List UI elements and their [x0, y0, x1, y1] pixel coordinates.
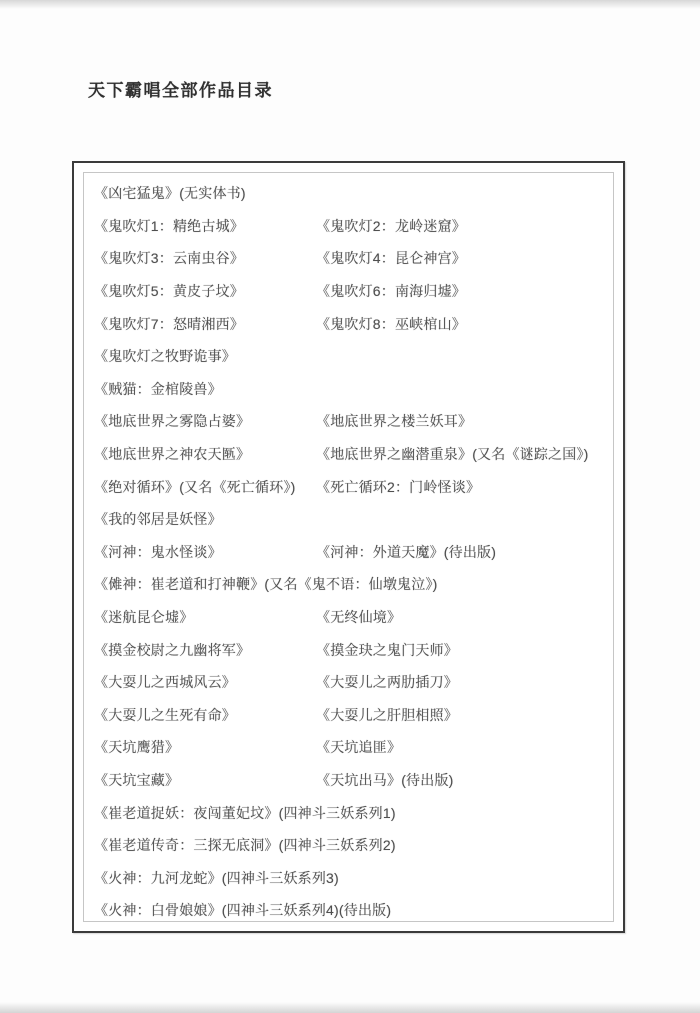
book-title-right: 《大耍儿之两肋插刀》 — [316, 672, 458, 692]
book-title-left: 《傩神：崔老道和打神鞭》(又名《鬼不语：仙墩鬼泣》) — [94, 574, 316, 594]
book-title-left: 《鬼吹灯5：黄皮子坟》 — [94, 281, 316, 301]
book-title-right: 《鬼吹灯6：南海归墟》 — [316, 281, 466, 301]
catalog-row: 《天坑宝藏》《天坑出马》(待出版) — [94, 764, 611, 797]
book-title-right: 《地底世界之楼兰妖耳》 — [316, 411, 472, 431]
catalog-row: 《地底世界之雾隐占婆》《地底世界之楼兰妖耳》 — [94, 405, 611, 438]
book-title-left: 《天坑宝藏》 — [94, 770, 316, 790]
book-title-right: 《鬼吹灯8：巫峡棺山》 — [316, 314, 466, 334]
scan-shadow-top — [0, 0, 700, 9]
book-title-left: 《凶宅猛鬼》(无实体书) — [94, 183, 316, 203]
book-title-left: 《贼猫：金棺陵兽》 — [94, 379, 316, 399]
catalog-row: 《摸金校尉之九幽将军》《摸金玦之鬼门天师》 — [94, 633, 611, 666]
book-title-right: 《无终仙境》 — [316, 607, 401, 627]
book-title-right: 《摸金玦之鬼门天师》 — [316, 640, 458, 660]
catalog-row: 《崔老道传奇：三探无底洞》(四神斗三妖系列2) — [94, 829, 611, 862]
book-title-right: 《大耍儿之肝胆相照》 — [316, 705, 458, 725]
book-title-left: 《崔老道捉妖：夜闯董妃坟》(四神斗三妖系列1) — [94, 803, 316, 823]
catalog-row: 《天坑鹰猎》《天坑追匪》 — [94, 731, 611, 764]
catalog-row: 《火神：九河龙蛇》(四神斗三妖系列3) — [94, 861, 611, 894]
catalog-row: 《鬼吹灯5：黄皮子坟》《鬼吹灯6：南海归墟》 — [94, 275, 611, 308]
catalog-row: 《傩神：崔老道和打神鞭》(又名《鬼不语：仙墩鬼泣》) — [94, 568, 611, 601]
book-title-left: 《大耍儿之西城风云》 — [94, 672, 316, 692]
catalog-row: 《绝对循环》(又名《死亡循环》)《死亡循环2：门岭怪谈》 — [94, 470, 611, 503]
book-title-left: 《鬼吹灯1：精绝古城》 — [94, 216, 316, 236]
catalog-row: 《鬼吹灯3：云南虫谷》《鬼吹灯4：昆仑神宫》 — [94, 242, 611, 275]
book-title-left: 《河神：鬼水怪谈》 — [94, 542, 316, 562]
book-title-left: 《我的邻居是妖怪》 — [94, 509, 316, 529]
book-title-left: 《绝对循环》(又名《死亡循环》) — [94, 477, 316, 497]
book-title-left: 《火神：白骨娘娘》(四神斗三妖系列4)(待出版) — [94, 900, 316, 920]
book-title-left: 《大耍儿之生死有命》 — [94, 705, 316, 725]
book-title-right: 《死亡循环2：门岭怪谈》 — [316, 477, 480, 497]
book-title-left: 《鬼吹灯7：怒晴湘西》 — [94, 314, 316, 334]
catalog-row: 《迷航昆仑墟》《无终仙境》 — [94, 601, 611, 634]
catalog-row: 《贼猫：金棺陵兽》 — [94, 373, 611, 406]
book-title-left: 《火神：九河龙蛇》(四神斗三妖系列3) — [94, 868, 316, 888]
works-catalog-box: 《凶宅猛鬼》(无实体书) 《鬼吹灯1：精绝古城》《鬼吹灯2：龙岭迷窟》 《鬼吹灯… — [72, 161, 625, 933]
catalog-row: 《鬼吹灯1：精绝古城》《鬼吹灯2：龙岭迷窟》 — [94, 210, 611, 243]
book-title-left: 《崔老道传奇：三探无底洞》(四神斗三妖系列2) — [94, 835, 316, 855]
book-title-right: 《地底世界之幽潜重泉》(又名《谜踪之国》) — [316, 444, 589, 464]
book-title-left: 《鬼吹灯之牧野诡事》 — [94, 346, 316, 366]
catalog-row: 《地底世界之神农天匦》《地底世界之幽潜重泉》(又名《谜踪之国》) — [94, 438, 611, 471]
book-title-left: 《天坑鹰猎》 — [94, 737, 316, 757]
catalog-row: 《我的邻居是妖怪》 — [94, 503, 611, 536]
document-page: 天下霸唱全部作品目录 《凶宅猛鬼》(无实体书) 《鬼吹灯1：精绝古城》《鬼吹灯2… — [0, 0, 700, 1013]
book-title-left: 《迷航昆仑墟》 — [94, 607, 316, 627]
catalog-row: 《鬼吹灯之牧野诡事》 — [94, 340, 611, 373]
book-title-right: 《鬼吹灯4：昆仑神宫》 — [316, 248, 466, 268]
catalog-row: 《火神：白骨娘娘》(四神斗三妖系列4)(待出版) — [94, 894, 611, 927]
catalog-row: 《大耍儿之生死有命》《大耍儿之肝胆相照》 — [94, 699, 611, 732]
catalog-row: 《凶宅猛鬼》(无实体书) — [94, 177, 611, 210]
catalog-row: 《鬼吹灯7：怒晴湘西》《鬼吹灯8：巫峡棺山》 — [94, 307, 611, 340]
catalog-row: 《崔老道捉妖：夜闯董妃坟》(四神斗三妖系列1) — [94, 796, 611, 829]
works-list: 《凶宅猛鬼》(无实体书) 《鬼吹灯1：精绝古城》《鬼吹灯2：龙岭迷窟》 《鬼吹灯… — [94, 177, 611, 927]
book-title-right: 《天坑出马》(待出版) — [316, 770, 454, 790]
book-title-right: 《鬼吹灯2：龙岭迷窟》 — [316, 216, 466, 236]
book-title-right: 《天坑追匪》 — [316, 737, 401, 757]
book-title-left: 《地底世界之雾隐占婆》 — [94, 411, 316, 431]
page-title: 天下霸唱全部作品目录 — [88, 76, 273, 101]
book-title-left: 《地底世界之神农天匦》 — [94, 444, 316, 464]
scan-shadow-bottom — [0, 1002, 700, 1013]
catalog-row: 《大耍儿之西城风云》《大耍儿之两肋插刀》 — [94, 666, 611, 699]
catalog-row: 《河神：鬼水怪谈》《河神：外道天魔》(待出版) — [94, 536, 611, 569]
book-title-left: 《鬼吹灯3：云南虫谷》 — [94, 248, 316, 268]
book-title-right: 《河神：外道天魔》(待出版) — [316, 542, 496, 562]
book-title-left: 《摸金校尉之九幽将军》 — [94, 640, 316, 660]
